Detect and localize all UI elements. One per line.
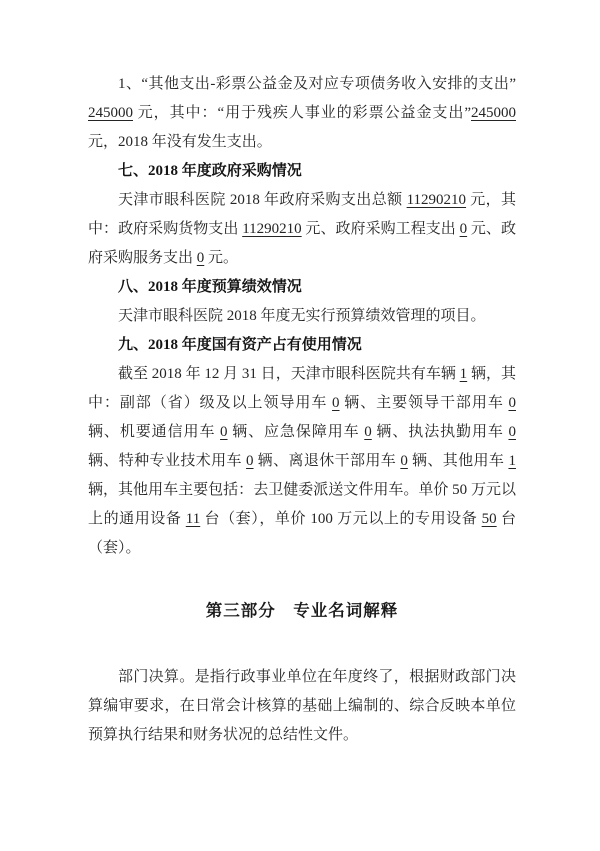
text-run: 元。 bbox=[204, 250, 238, 266]
text-run: 辆、其他用车 bbox=[408, 453, 509, 469]
underlined-value: 0 bbox=[246, 453, 254, 469]
text-run: 元、政府采购工程支出 bbox=[302, 221, 460, 237]
text-run: 辆、执法执勤用车 bbox=[372, 424, 509, 440]
document-page: 1、“其他支出-彩票公益金及对应专项债务收入安排的支出”245000 元，其中：… bbox=[0, 0, 600, 851]
underlined-value: 0 bbox=[400, 453, 408, 469]
section-title-part3: 第三部分 专业名词解释 bbox=[88, 601, 516, 621]
underlined-value: 0 bbox=[508, 395, 516, 411]
underlined-value: 1 bbox=[508, 453, 516, 469]
text-run: 元，2018 年没有发生支出。 bbox=[88, 134, 272, 150]
para-state-assets: 截至 2018 年 12 月 31 日，天津市眼科医院共有车辆 1 辆，其中：副… bbox=[88, 360, 516, 563]
heading-gov-procurement: 七、2018 年度政府采购情况 bbox=[88, 157, 516, 186]
underlined-value: 11290210 bbox=[407, 192, 466, 208]
underlined-value: 0 bbox=[220, 424, 228, 440]
heading-budget-performance: 八、2018 年度预算绩效情况 bbox=[88, 273, 516, 302]
text-run: 1、“其他支出-彩票公益金及对应专项债务收入安排的支出” bbox=[118, 76, 516, 92]
text-run: 台（套），单价 100 万元以上的专用设备 bbox=[200, 511, 481, 527]
underlined-value: 0 bbox=[508, 424, 516, 440]
text-run: 第三部分 专业名词解释 bbox=[206, 601, 399, 620]
underlined-value: 245000 bbox=[88, 105, 133, 121]
underlined-value: 0 bbox=[332, 395, 340, 411]
para-term-definition: 部门决算。是指行政事业单位在年度终了，根据财政部门决算编审要求，在日常会计核算的… bbox=[88, 663, 516, 750]
document-body: 1、“其他支出-彩票公益金及对应专项债务收入安排的支出”245000 元，其中：… bbox=[88, 70, 516, 750]
text-run: 辆、离退休干部用车 bbox=[254, 453, 401, 469]
underlined-value: 50 bbox=[482, 511, 497, 527]
text-run: 部门决算。是指行政事业单位在年度终了，根据财政部门决算编审要求，在日常会计核算的… bbox=[88, 669, 516, 743]
text-run: 七、2018 年度政府采购情况 bbox=[118, 163, 302, 179]
para-budget-performance: 天津市眼科医院 2018 年度无实行预算绩效管理的项目。 bbox=[88, 302, 516, 331]
text-run: 截至 2018 年 12 月 31 日，天津市眼科医院共有车辆 bbox=[118, 366, 460, 382]
text-run: 天津市眼科医院 2018 年度无实行预算绩效管理的项目。 bbox=[118, 308, 486, 324]
underlined-value: 0 bbox=[460, 221, 468, 237]
para-other-expenditure: 1、“其他支出-彩票公益金及对应专项债务收入安排的支出”245000 元，其中：… bbox=[88, 70, 516, 157]
text-run: 元，其中：“用于残疾人事业的彩票公益金支出” bbox=[133, 105, 471, 121]
text-run: 辆、特种专业技术用车 bbox=[88, 453, 246, 469]
underlined-value: 245000 bbox=[471, 105, 516, 121]
text-run: 天津市眼科医院 2018 年政府采购支出总额 bbox=[118, 192, 407, 208]
text-run: 辆、机要通信用车 bbox=[88, 424, 220, 440]
para-gov-procurement: 天津市眼科医院 2018 年政府采购支出总额 11290210 元，其中：政府采… bbox=[88, 186, 516, 273]
underlined-value: 0 bbox=[364, 424, 372, 440]
text-run: 九、2018 年度国有资产占有使用情况 bbox=[118, 337, 362, 353]
text-run: 八、2018 年度预算绩效情况 bbox=[118, 279, 302, 295]
heading-state-assets: 九、2018 年度国有资产占有使用情况 bbox=[88, 331, 516, 360]
text-run: 辆、主要领导干部用车 bbox=[340, 395, 509, 411]
underlined-value: 11290210 bbox=[242, 221, 301, 237]
text-run: 辆、应急保障用车 bbox=[228, 424, 365, 440]
underlined-value: 11 bbox=[186, 511, 200, 527]
